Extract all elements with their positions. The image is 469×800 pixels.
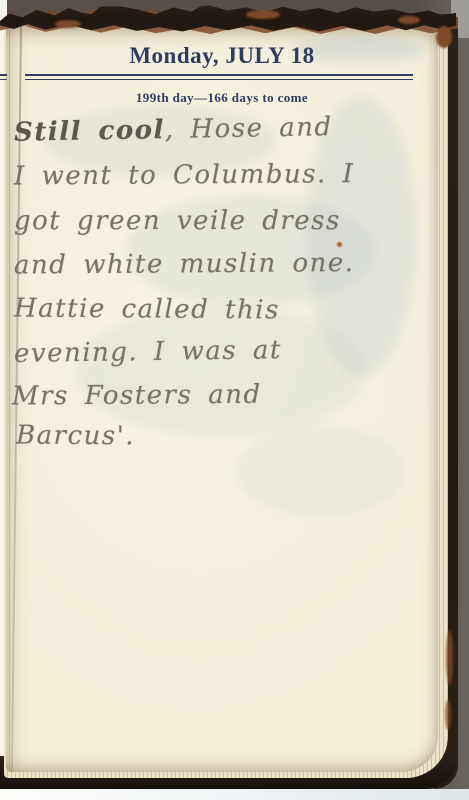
rust-spot	[55, 20, 81, 28]
header-double-rule	[25, 74, 413, 80]
handwriting-line: I went to Columbus. I	[14, 159, 438, 192]
handwriting-line: and white muslin one.	[14, 248, 438, 281]
handwriting-line: evening. I was at	[14, 333, 438, 369]
handwriting-line: got green veile dress	[14, 206, 438, 236]
rust-spot	[445, 700, 451, 730]
handwriting-retraced: Still cool	[14, 115, 165, 148]
handwriting-line: Hattie called this	[14, 294, 438, 327]
handwriting-line: Still cool, Hose and	[14, 110, 438, 147]
handwriting-line: Barcus'.	[16, 421, 440, 454]
page-gutter-line-faint	[9, 26, 10, 772]
diary-page: Monday, JULY 18 199th day—166 days to co…	[6, 26, 438, 772]
diary-scan: Monday, JULY 18 199th day—166 days to co…	[0, 0, 469, 800]
printed-date-heading: Monday, JULY 18	[6, 43, 438, 69]
rust-spot	[398, 16, 420, 24]
scanner-edge-bottom	[0, 789, 469, 800]
rust-spot	[246, 10, 280, 19]
rust-spot	[436, 26, 452, 48]
handwriting-line: Mrs Fosters and	[12, 379, 436, 412]
paper-fleck	[337, 242, 342, 247]
printed-day-count: 199th day—166 days to come	[6, 90, 438, 106]
rust-spot	[446, 630, 453, 685]
header-rule-fragment	[0, 74, 7, 80]
